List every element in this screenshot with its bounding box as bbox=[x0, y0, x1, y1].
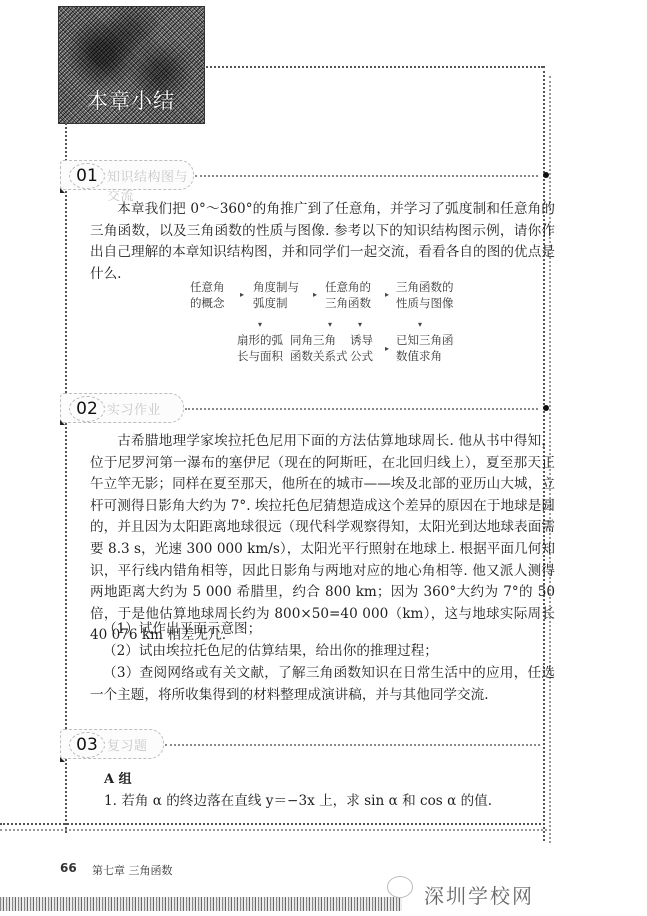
arrow-down-icon: ▾ bbox=[358, 320, 362, 329]
diagram-node: 同角三角 函数关系式 bbox=[290, 332, 348, 364]
section-divider bbox=[195, 175, 538, 177]
arrow-down-icon: ▾ bbox=[328, 320, 332, 329]
diagram-node: 任意角的 三角函数 bbox=[325, 279, 371, 311]
section-02-header: 02 实习作业 bbox=[60, 393, 184, 423]
arrow-right-icon: ▸ bbox=[385, 344, 389, 353]
chapter-title: 本章小结 bbox=[87, 85, 175, 115]
diagram-node: 任意角 的概念 bbox=[190, 279, 225, 311]
bullet-dot-icon bbox=[543, 405, 549, 411]
page-number: 66 bbox=[60, 861, 77, 875]
frame-left-line bbox=[65, 123, 67, 833]
arrow-right-icon: ▸ bbox=[240, 290, 244, 299]
section-title: 复习题 bbox=[107, 735, 148, 754]
diagram-node: 诱导 公式 bbox=[350, 332, 373, 364]
arrow-right-icon: ▸ bbox=[385, 290, 389, 299]
section-number: 01 bbox=[69, 163, 105, 189]
diagram-node: 三角函数的 性质与图像 bbox=[396, 279, 454, 311]
corner-mark-icon bbox=[60, 420, 65, 425]
diagram-node: 角度制与 弧度制 bbox=[253, 279, 299, 311]
frame-top-line bbox=[203, 66, 543, 68]
section-number: 03 bbox=[69, 732, 105, 758]
frame-bottom-line-inner bbox=[0, 829, 551, 831]
corner-mark-icon bbox=[60, 757, 65, 762]
section-title: 实习作业 bbox=[107, 399, 161, 418]
section-number: 02 bbox=[69, 396, 105, 422]
footer-texture bbox=[0, 897, 402, 911]
task-item: （1）试作出平面示意图； bbox=[103, 619, 261, 641]
group-label: A 组 bbox=[104, 769, 132, 791]
section-divider bbox=[165, 744, 540, 746]
arrow-down-icon: ▾ bbox=[258, 320, 262, 329]
bullet-dot-icon bbox=[543, 172, 549, 178]
task-item: （2）试由埃拉托色尼的估算结果，给出你的推理过程； bbox=[103, 641, 438, 663]
chapter-label: 第七章 三角函数 bbox=[92, 862, 173, 878]
corner-mark-icon bbox=[60, 188, 65, 193]
section-01-header: 01 知识结构图与交流 bbox=[60, 160, 194, 190]
task-item: （3）查阅网络或有关文献，了解三角函数知识在日常生活中的应用，任选一个主题，将所… bbox=[90, 663, 555, 706]
arrow-down-icon: ▾ bbox=[418, 320, 422, 329]
frame-bottom-line bbox=[0, 823, 545, 825]
section-divider bbox=[185, 408, 538, 410]
wechat-icon bbox=[387, 876, 413, 898]
chapter-banner: 本章小结 bbox=[58, 6, 205, 124]
problem-item: 1. 若角 α 的终边落在直线 y＝−3x 上，求 sin α 和 cos α … bbox=[104, 791, 492, 813]
watermark: 深圳学校网 bbox=[424, 880, 534, 909]
section-01-paragraph: 本章我们把 0°～360°的角推广到了任意角，并学习了弧度制和任意角的三角函数，… bbox=[90, 199, 555, 285]
section-02-paragraph: 古希腊地理学家埃拉托色尼用下面的方法估算地球周长. 他从书中得知，位于尼罗河第一… bbox=[90, 431, 555, 647]
arrow-right-icon: ▸ bbox=[313, 290, 317, 299]
section-03-header: 03 复习题 bbox=[60, 729, 164, 759]
diagram-node: 扇形的弧 长与面积 bbox=[237, 332, 283, 364]
diagram-node: 已知三角函 数值求角 bbox=[396, 332, 454, 364]
